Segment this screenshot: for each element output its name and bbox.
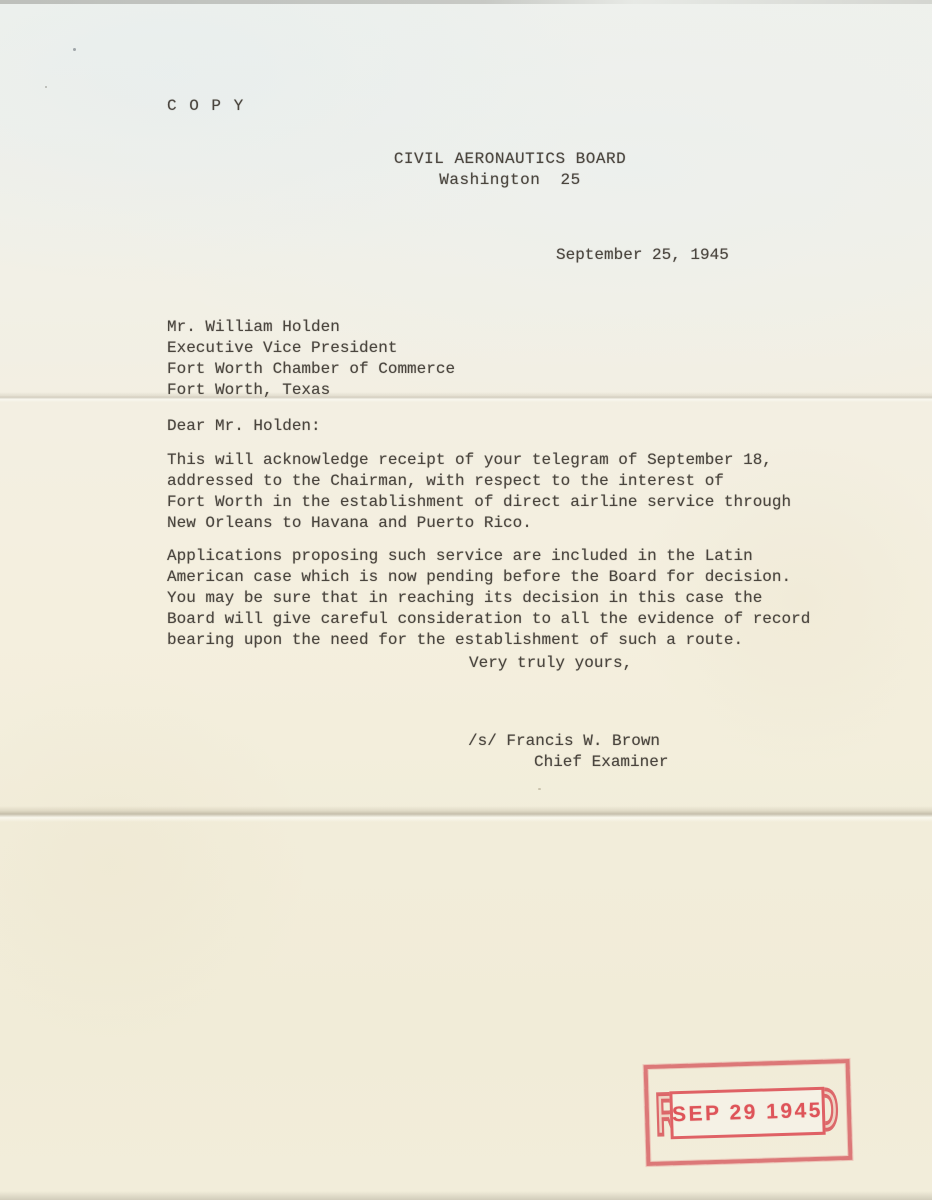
body-line: addressed to the Chairman, with respect …: [167, 471, 791, 492]
letterhead: CIVIL AERONAUTICS BOARD Washington 25: [391, 149, 629, 191]
closing-line: Very truly yours,: [469, 653, 632, 674]
fold-crease-upper: [0, 392, 932, 402]
body-line: Applications proposing such service are …: [167, 546, 810, 567]
stamp-date: SEP 29 1945: [672, 1099, 824, 1127]
signature-line: /s/ Francis W. Brown: [468, 731, 660, 752]
stamp-date-box: SEP 29 1945: [669, 1087, 825, 1140]
copy-label: C O P Y: [167, 96, 245, 117]
body-line: Board will give careful consideration to…: [167, 609, 810, 630]
body-paragraph-1: This will acknowledge receipt of your te…: [167, 450, 791, 534]
paper-top-edge-shadow: [0, 0, 932, 4]
letter-page: C O P Y CIVIL AERONAUTICS BOARD Washingt…: [0, 0, 932, 1200]
recipient-line-title: Executive Vice President: [167, 338, 455, 359]
recipient-line-city: Fort Worth, Texas: [167, 380, 455, 401]
body-line: bearing upon the need for the establishm…: [167, 630, 810, 651]
signature-title: Chief Examiner: [534, 752, 668, 773]
date-line: September 25, 1945: [556, 245, 729, 266]
salutation: Dear Mr. Holden:: [167, 416, 321, 437]
fold-crease-lower: [0, 806, 932, 822]
received-stamp: RECEIVED SEP 29 1945: [644, 1059, 853, 1166]
letterhead-city: Washington 25: [391, 170, 629, 191]
paper-speck: [73, 48, 76, 51]
body-line: American case which is now pending befor…: [167, 567, 810, 588]
body-line: Fort Worth in the establishment of direc…: [167, 492, 791, 513]
paper-speck: [538, 788, 541, 790]
body-paragraph-2: Applications proposing such service are …: [167, 546, 810, 651]
recipient-block: Mr. William Holden Executive Vice Presid…: [167, 317, 455, 401]
recipient-line-org: Fort Worth Chamber of Commerce: [167, 359, 455, 380]
body-line: New Orleans to Havana and Puerto Rico.: [167, 513, 791, 534]
body-line: You may be sure that in reaching its dec…: [167, 588, 810, 609]
paper-speck: [45, 86, 47, 88]
recipient-line-name: Mr. William Holden: [167, 317, 455, 338]
body-line: This will acknowledge receipt of your te…: [167, 450, 791, 471]
letterhead-org: CIVIL AERONAUTICS BOARD: [391, 149, 629, 170]
